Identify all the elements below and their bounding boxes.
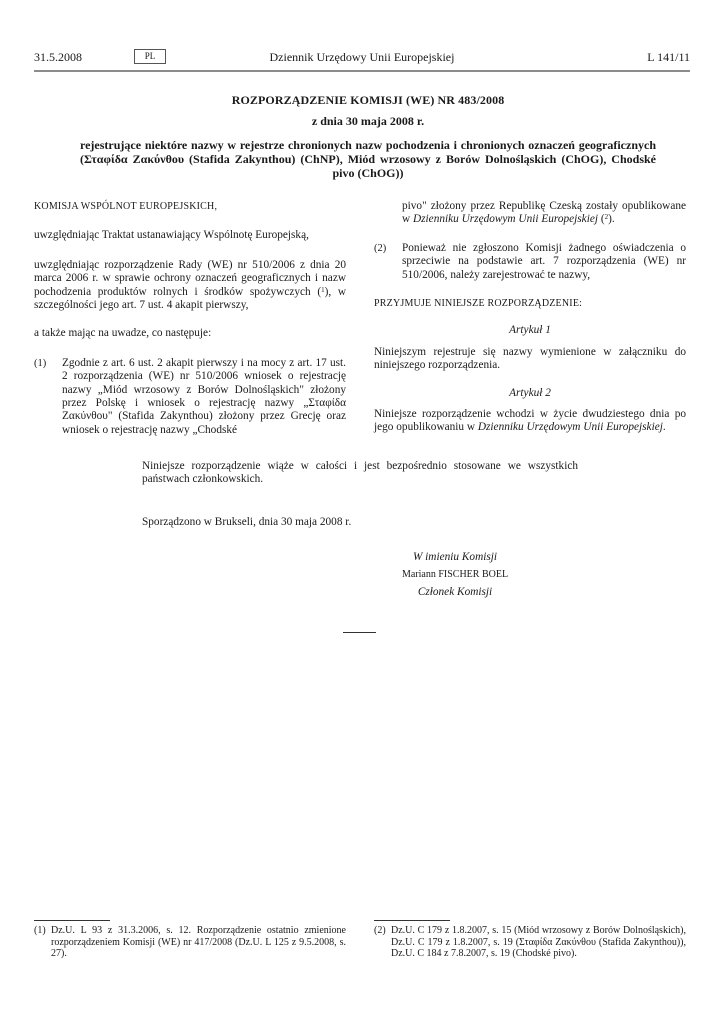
page-header: 31.5.2008 PL Dziennik Urzędowy Unii Euro… bbox=[34, 48, 690, 74]
recital-1-continued: pivo" złożony przez Republikę Czeską zos… bbox=[374, 200, 686, 227]
article-1-title: Artykuł 1 bbox=[374, 324, 686, 337]
article-1-text: Niniejszym rejestruje się nazwy wymienio… bbox=[374, 346, 686, 373]
binding-clause: Niniejsze rozporządzenie wiąże w całości… bbox=[142, 460, 578, 487]
recital-text: Zgodnie z art. 6 ust. 2 akapit pierwszy … bbox=[62, 357, 346, 437]
footnote-number: (1) bbox=[34, 925, 46, 937]
adopts-heading: PRZYJMUJE NINIEJSZE ROZPORZĄDZENIE: bbox=[374, 297, 686, 310]
footnote-ref[interactable]: 1 bbox=[321, 286, 325, 294]
commission-heading: KOMISJA WSPÓLNOT EUROPEJSKICH, bbox=[34, 200, 346, 213]
recital-1: (1) Zgodnie z art. 6 ust. 2 akapit pierw… bbox=[34, 357, 346, 437]
recital-number: (1) bbox=[34, 357, 46, 370]
footnote-ref[interactable]: 2 bbox=[605, 213, 609, 221]
page-reference: L 141/11 bbox=[647, 51, 690, 64]
recital-regulation: uwzględniając rozporządzenie Rady (WE) n… bbox=[34, 259, 346, 313]
footnote-text: Dz.U. C 179 z 1.8.2007, s. 15 (Miód wrzo… bbox=[374, 925, 686, 960]
recital-2: (2) Ponieważ nie zgłoszono Komisji żadne… bbox=[374, 242, 686, 282]
left-column: KOMISJA WSPÓLNOT EUROPEJSKICH, uwzględni… bbox=[34, 200, 346, 437]
done-at: Sporządzono w Brukseli, dnia 30 maja 200… bbox=[142, 516, 578, 529]
footnote-text: Dz.U. L 93 z 31.3.2006, s. 12. Rozporząd… bbox=[34, 925, 346, 960]
footnote-1: (1) Dz.U. L 93 z 31.3.2006, s. 12. Rozpo… bbox=[34, 925, 346, 960]
recital-number: (2) bbox=[374, 242, 386, 255]
footnote-number: (2) bbox=[374, 925, 386, 937]
footnote-2: (2) Dz.U. C 179 z 1.8.2007, s. 15 (Miód … bbox=[374, 925, 686, 960]
regulation-date: z dnia 30 maja 2008 r. bbox=[80, 115, 656, 128]
signature-block: W imieniu Komisji Mariann FISCHER BOEL C… bbox=[330, 551, 580, 599]
recital-text: Ponieważ nie zgłoszono Komisji żadnego o… bbox=[402, 242, 686, 282]
regulation-number: ROZPORZĄDZENIE KOMISJI (WE) NR 483/2008 bbox=[80, 94, 656, 107]
whereas-intro: a także mając na uwadze, co następuje: bbox=[34, 327, 346, 340]
article-2-text: Niniejsze rozporządzenie wchodzi w życie… bbox=[374, 408, 686, 435]
regulation-title: ROZPORZĄDZENIE KOMISJI (WE) NR 483/2008 … bbox=[80, 94, 656, 180]
signatory-role: Członek Komisji bbox=[330, 586, 580, 599]
recital-treaty: uwzględniając Traktat ustanawiający Wspó… bbox=[34, 229, 346, 242]
right-column: pivo" złożony przez Republikę Czeską zos… bbox=[374, 200, 686, 435]
header-rule bbox=[34, 70, 690, 72]
footnote-rule-right bbox=[374, 920, 450, 921]
article-2-title: Artykuł 2 bbox=[374, 387, 686, 400]
end-rule bbox=[343, 632, 376, 633]
signatory-name: Mariann FISCHER BOEL bbox=[330, 568, 580, 581]
footnote-rule-left bbox=[34, 920, 110, 921]
regulation-subject: rejestrujące niektóre nazwy w rejestrze … bbox=[80, 138, 656, 180]
journal-title: Dziennik Urzędowy Unii Europejskiej bbox=[34, 51, 690, 64]
signature-on-behalf: W imieniu Komisji bbox=[330, 551, 580, 564]
